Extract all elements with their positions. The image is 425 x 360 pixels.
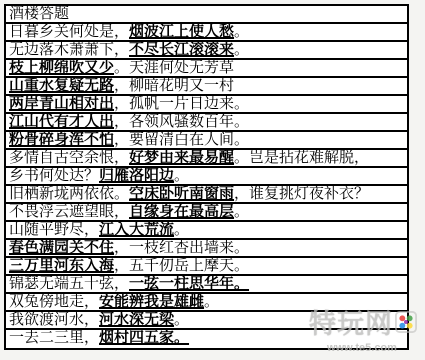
- quiz-text-segment: ，孤帆一片日边来。: [114, 96, 249, 112]
- quiz-row: 山重水复疑无路，柳暗花明又一村: [6, 78, 407, 96]
- quiz-text-segment: 。岂是拈花难解脱，: [234, 150, 369, 166]
- quiz-table-body: 日暮乡关何处是，烟波江上使人愁。无边落木萧萧下，不尽长江滚滚来。枝上柳绵吹又少。…: [6, 24, 407, 348]
- quiz-text-segment: 日暮乡关何处是，: [9, 24, 129, 40]
- quiz-text-segment: 无边落木萧萧下，: [9, 42, 129, 58]
- quiz-answer-segment: 春色满园关不住: [9, 240, 114, 256]
- quiz-text-segment: 。: [174, 168, 189, 184]
- quiz-text-segment: 。: [234, 42, 249, 58]
- quiz-answer-segment: 三万里河东入海: [9, 258, 114, 274]
- quiz-text-segment: 锦瑟无端五十弦，: [9, 276, 129, 292]
- quiz-answer-segment: 烟波江上使人愁: [129, 24, 234, 40]
- quiz-text-segment: 旧栖新垅两依依。: [9, 186, 129, 202]
- quiz-row: 山随平野尽，江入大荒流。: [6, 222, 407, 240]
- quiz-answer-segment: 归雁洛阳边: [99, 168, 174, 184]
- quiz-row: 双兔傍地走，安能辨我是雄雌。: [6, 294, 407, 312]
- quiz-answer-segment: 自缘身在最高层: [129, 204, 234, 220]
- quiz-row: 无边落木萧萧下，不尽长江滚滚来。: [6, 42, 407, 60]
- quiz-text-segment: ，五千仞岳上摩天。: [114, 258, 249, 274]
- quiz-row: 三万里河东入海，五千仞岳上摩天。: [6, 258, 407, 276]
- quiz-text-segment: 山随平野尽，: [9, 222, 99, 238]
- quiz-row: 旧栖新垅两依依。空床卧听南窗雨，谁复挑灯夜补衣？: [6, 186, 407, 204]
- quiz-answer-segment: 两岸青山相对出: [9, 96, 114, 112]
- quiz-row: 不畏浮云遮望眼，自缘身在最高层。: [6, 204, 407, 222]
- quiz-text-segment: 不畏浮云遮望眼，: [9, 204, 129, 220]
- quiz-row: 日暮乡关何处是，烟波江上使人愁。: [6, 24, 407, 42]
- quiz-text-segment: 一去二三里，: [9, 330, 99, 346]
- quiz-row: 粉骨碎身浑不怕，要留清白在人间。: [6, 132, 407, 150]
- quiz-text-segment: 。天涯何处无芳草: [114, 60, 234, 76]
- quiz-row: 两岸青山相对出，孤帆一片日边来。: [6, 96, 407, 114]
- quiz-row: 江山代有才人出，各领风骚数百年。: [6, 114, 407, 132]
- quiz-row: 春色满园关不住，一枝红杏出墙来。: [6, 240, 407, 258]
- quiz-text-segment: 乡书何处达？: [9, 168, 99, 184]
- quiz-text-segment: 。: [174, 312, 189, 328]
- quiz-answer-segment: 一弦一柱思华年。: [129, 276, 249, 292]
- quiz-answer-segment: 粉骨碎身浑不怕: [9, 132, 114, 148]
- quiz-text-segment: 。: [174, 222, 189, 238]
- quiz-answer-segment: 不尽长江滚滚来: [129, 42, 234, 58]
- quiz-text-segment: 多情自古空余恨，: [9, 150, 129, 166]
- quiz-row: 一去二三里，烟村四五家。: [6, 330, 407, 348]
- table-title-row: 酒楼答题: [6, 6, 407, 24]
- quiz-text-segment: ，柳暗花明又一村: [114, 78, 234, 94]
- quiz-text-segment: 。: [204, 294, 219, 310]
- quiz-answer-segment: 空床卧听南窗雨: [129, 186, 234, 202]
- quiz-answer-segment: 安能辨我是雄雌: [99, 294, 204, 310]
- quiz-text-segment: ，各领风骚数百年。: [114, 114, 249, 130]
- quiz-answer-segment: 江山代有才人出: [9, 114, 114, 130]
- quiz-text-segment: ，一枝红杏出墙来。: [114, 240, 249, 256]
- quiz-answer-table: 酒楼答题 日暮乡关何处是，烟波江上使人愁。无边落木萧萧下，不尽长江滚滚来。枝上柳…: [4, 4, 409, 350]
- quiz-row: 我欲渡河水，河水深无梁。: [6, 312, 407, 330]
- quiz-answer-segment: 枝上柳绵吹又少: [9, 60, 114, 76]
- quiz-answer-segment: 江入大荒流: [99, 222, 174, 238]
- quiz-text-segment: 双兔傍地走，: [9, 294, 99, 310]
- quiz-row: 乡书何处达？归雁洛阳边。: [6, 168, 407, 186]
- quiz-answer-segment: 河水深无梁: [99, 312, 174, 328]
- quiz-answer-segment: 山重水复疑无路: [9, 78, 114, 94]
- quiz-text-segment: ，要留清白在人间。: [114, 132, 249, 148]
- quiz-row: 锦瑟无端五十弦，一弦一柱思华年。: [6, 276, 407, 294]
- quiz-answer-segment: 烟村四五家。: [99, 330, 189, 346]
- quiz-text-segment: 。: [234, 204, 249, 220]
- quiz-text-segment: 我欲渡河水，: [9, 312, 99, 328]
- quiz-text-segment: ，谁复挑灯夜补衣？: [234, 186, 369, 202]
- quiz-row: 多情自古空余恨，好梦由来最易醒。岂是拈花难解脱，: [6, 150, 407, 168]
- quiz-row: 枝上柳绵吹又少。天涯何处无芳草: [6, 60, 407, 78]
- table-title: 酒楼答题: [9, 6, 69, 22]
- quiz-answer-segment: 好梦由来最易醒: [129, 150, 234, 166]
- quiz-text-segment: 。: [234, 24, 249, 40]
